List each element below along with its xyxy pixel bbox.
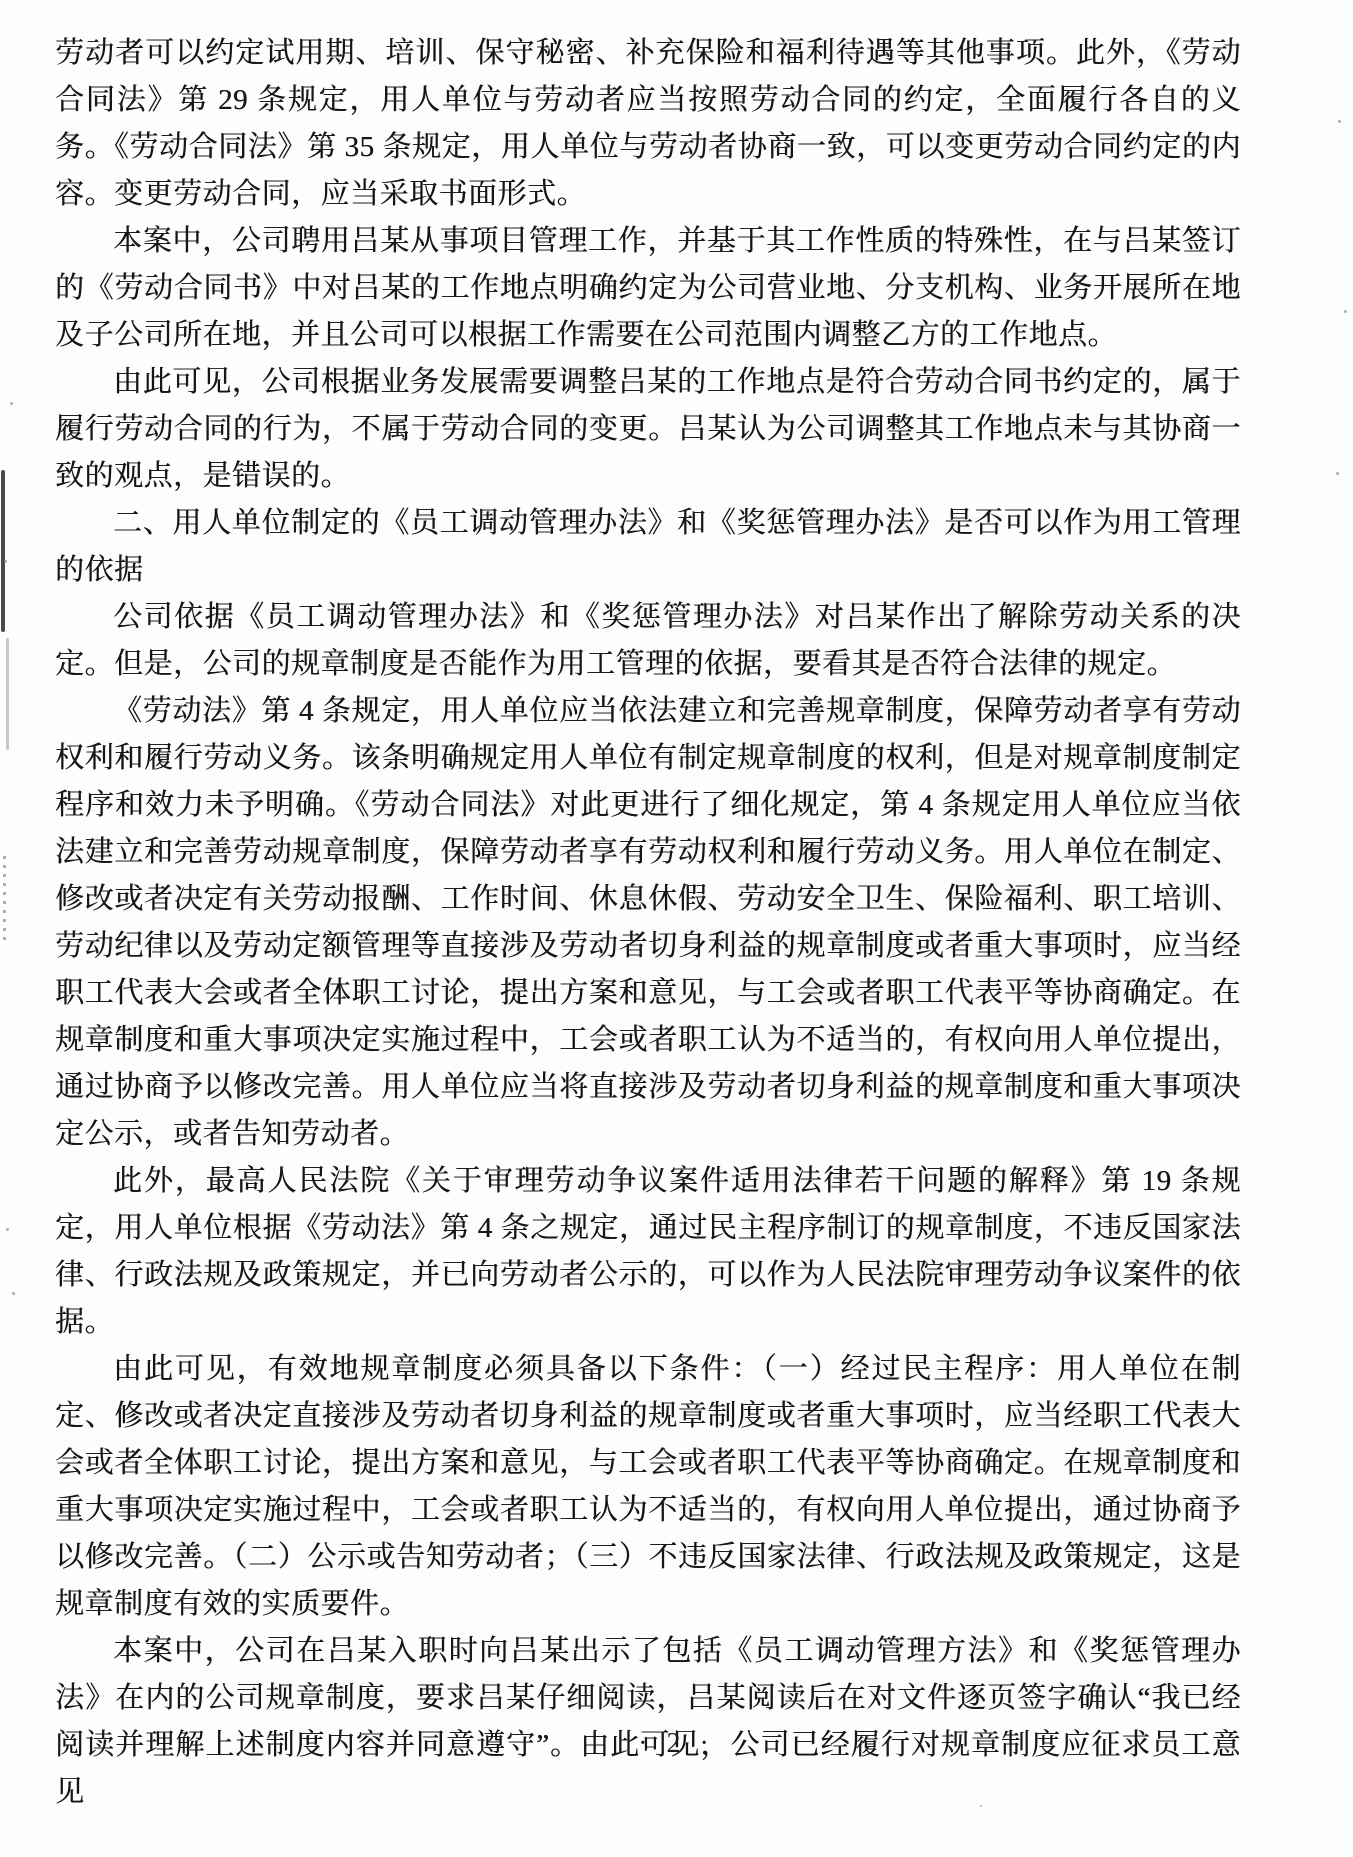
scan-artifact-streak bbox=[1, 470, 5, 632]
paragraph: 由此可见，公司根据业务发展需要调整吕某的工作地点是符合劳动合同书约定的，属于履行… bbox=[55, 359, 1241, 500]
scan-artifact-dots bbox=[3, 856, 6, 946]
document-text-block: 劳动者可以约定试用期、培训、保守秘密、补充保险和福利待遇等其他事项。此外，《劳动… bbox=[55, 30, 1241, 1816]
paragraph: 《劳动法》第 4 条规定，用人单位应当依法建立和完善规章制度，保障劳动者享有劳动… bbox=[55, 688, 1241, 1158]
scan-speck bbox=[1338, 120, 1341, 123]
scan-artifact-streak-light bbox=[6, 638, 9, 750]
scan-speck bbox=[12, 1292, 15, 1295]
scan-speck bbox=[1344, 310, 1347, 313]
paragraph: 由此可见，有效地规章制度必须具备以下条件：（一）经过民主程序：用人单位在制定、修… bbox=[55, 1346, 1241, 1628]
paragraph: 劳动者可以约定试用期、培训、保守秘密、补充保险和福利待遇等其他事项。此外，《劳动… bbox=[55, 30, 1241, 218]
paragraph: 本案中，公司聘用吕某从事项目管理工作，并基于其工作性质的特殊性，在与吕某签订的《… bbox=[55, 218, 1241, 359]
paragraph: 二、用人单位制定的《员工调动管理办法》和《奖惩管理办法》是否可以作为用工管理的依… bbox=[55, 500, 1241, 594]
paragraph: 此外，最高人民法院《关于审理劳动争议案件适用法律若干问题的解释》第 19 条规定… bbox=[55, 1158, 1241, 1346]
scan-speck bbox=[1336, 472, 1339, 475]
scanned-document-page: 劳动者可以约定试用期、培训、保守秘密、补充保险和福利待遇等其他事项。此外，《劳动… bbox=[0, 0, 1353, 1857]
paragraph: 公司依据《员工调动管理办法》和《奖惩管理办法》对吕某作出了解除劳动关系的决定。但… bbox=[55, 594, 1241, 688]
scan-speck bbox=[4, 560, 7, 563]
scan-speck bbox=[10, 402, 13, 405]
scan-speck bbox=[6, 1228, 9, 1231]
paragraph: 本案中，公司在吕某入职时向吕某出示了包括《员工调动管理方法》和《奖惩管理办法》在… bbox=[55, 1628, 1241, 1816]
page-number: · 2 · bbox=[0, 1728, 1353, 1760]
